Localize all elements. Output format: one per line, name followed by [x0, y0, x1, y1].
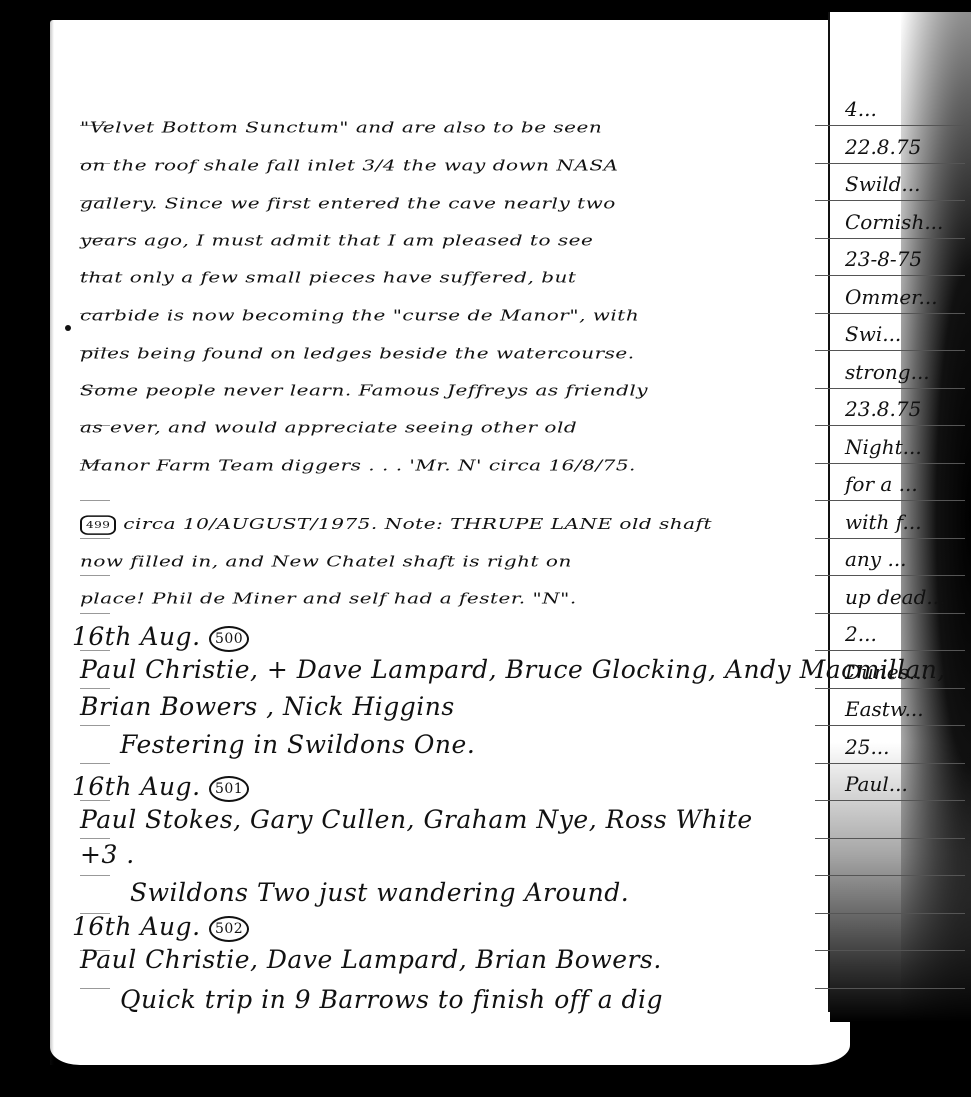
right-page-fragment: 4... — [845, 97, 877, 121]
text-line: carbide is now becoming the "curse de Ma… — [80, 306, 639, 324]
right-page-fragment: strong... — [845, 360, 930, 384]
text-line: Paul Christie, Dave Lampard, Brian Bower… — [80, 945, 662, 974]
right-page-fragment: Swild... — [845, 172, 921, 196]
ruled-line — [815, 313, 965, 314]
ruled-line — [815, 350, 965, 351]
ruled-line — [815, 575, 965, 576]
right-page-fragment: 23-8-75 — [845, 247, 922, 271]
ruled-line — [815, 875, 965, 876]
text-line: as ever, and would appreciate seeing oth… — [80, 418, 577, 436]
ruled-line-faint — [80, 538, 110, 539]
right-page-fragment: Dunes... — [845, 660, 928, 684]
ruled-line-faint — [80, 838, 110, 839]
ruled-line — [815, 913, 965, 914]
ruled-line-faint — [80, 613, 110, 614]
ruled-line — [815, 988, 965, 989]
text-line: gallery. Since we first entered the cave… — [80, 194, 616, 212]
ruled-line-faint — [80, 725, 110, 726]
trip-number-badge: 501 — [209, 776, 249, 802]
right-page-fragment: Paul... — [845, 772, 908, 796]
entry-date: 16th Aug. — [72, 912, 201, 941]
text-line: Some people never learn. Famous Jeffreys… — [80, 381, 648, 399]
text-line: that only a few small pieces have suffer… — [80, 268, 576, 286]
ruled-line — [815, 763, 965, 764]
ruled-line — [815, 388, 965, 389]
text-line: +3 . — [80, 840, 135, 869]
entry-date: 16th Aug. — [72, 622, 201, 651]
ruled-line — [815, 650, 965, 651]
trip-number-badge: 499 — [80, 515, 116, 535]
right-page-fragment: Eastw... — [845, 697, 924, 721]
entry-502-header: 16th Aug. 502 — [72, 912, 249, 942]
trip-number-badge: 500 — [209, 626, 249, 652]
margin-dot — [65, 325, 71, 331]
ruled-line-faint — [80, 988, 110, 989]
text-line: Brian Bowers , Nick Higgins — [80, 692, 455, 721]
text-line: Paul Christie, + Dave Lampard, Bruce Glo… — [80, 655, 946, 684]
text-line: Manor Farm Team diggers . . . 'Mr. N' ci… — [80, 456, 636, 474]
ruled-line — [815, 688, 965, 689]
ruled-line — [815, 800, 965, 801]
trip-number-badge: 502 — [209, 916, 249, 942]
text-line: Quick trip in 9 Barrows to finish off a … — [120, 985, 663, 1014]
ruled-line — [815, 163, 965, 164]
right-page-fragment: 23.8.75 — [845, 397, 921, 421]
entry-499-line: 499 circa 10/AUGUST/1975. Note: THRUPE L… — [80, 515, 712, 535]
right-page-fragment: Cornish... — [845, 210, 943, 234]
right-page-fragment: up dead... — [845, 585, 945, 609]
ruled-line — [815, 725, 965, 726]
scanned-notebook: "Velvet Bottom Sunctum" and are also to … — [0, 0, 971, 1097]
entry-500-header: 16th Aug. 500 — [72, 622, 249, 652]
right-page-fragment: Night... — [845, 435, 922, 459]
text-line: Festering in Swildons One. — [120, 730, 475, 759]
right-page-fragment: 25... — [845, 735, 890, 759]
text-line: years ago, I must admit that I am please… — [80, 231, 593, 249]
left-page — [50, 20, 850, 1065]
ruled-line — [815, 463, 965, 464]
ruled-line — [815, 200, 965, 201]
ruled-line — [815, 838, 965, 839]
text-line: "Velvet Bottom Sunctum" and are also to … — [80, 118, 602, 136]
ruled-line — [815, 238, 965, 239]
text-line: on the roof shale fall inlet 3/4 the way… — [80, 156, 618, 174]
ruled-line — [815, 538, 965, 539]
text-line: Paul Stokes, Gary Cullen, Graham Nye, Ro… — [80, 805, 753, 834]
right-page-fragment: 2... — [845, 622, 877, 646]
right-page-fragment: with f... — [845, 510, 922, 534]
right-page-fragment: Swi... — [845, 322, 901, 346]
ruled-line-faint — [80, 500, 110, 501]
ruled-line — [815, 500, 965, 501]
ruled-line-faint — [80, 875, 110, 876]
right-page-fragment: Ommer... — [845, 285, 938, 309]
text-line: now filled in, and New Chatel shaft is r… — [80, 552, 572, 570]
right-page-fragment: any ... — [845, 547, 907, 571]
ruled-line — [815, 425, 965, 426]
text-line: Swildons Two just wandering Around. — [130, 878, 629, 907]
ruled-line-faint — [80, 575, 110, 576]
ruled-line — [815, 125, 965, 126]
ruled-line — [815, 275, 965, 276]
text-line: piles being found on ledges beside the w… — [80, 344, 635, 362]
text-line: place! Phil de Miner and self had a fest… — [80, 589, 577, 607]
ruled-line-faint — [80, 688, 110, 689]
entry-text: circa 10/AUGUST/1975. Note: THRUPE LANE … — [123, 515, 712, 533]
ruled-line — [815, 950, 965, 951]
entry-501-header: 16th Aug. 501 — [72, 772, 249, 802]
right-page-fragment: for a ... — [845, 472, 918, 496]
entry-date: 16th Aug. — [72, 772, 201, 801]
ruled-line-faint — [80, 763, 110, 764]
right-page-fragment: 22.8.75 — [845, 135, 921, 159]
ruled-line — [815, 613, 965, 614]
